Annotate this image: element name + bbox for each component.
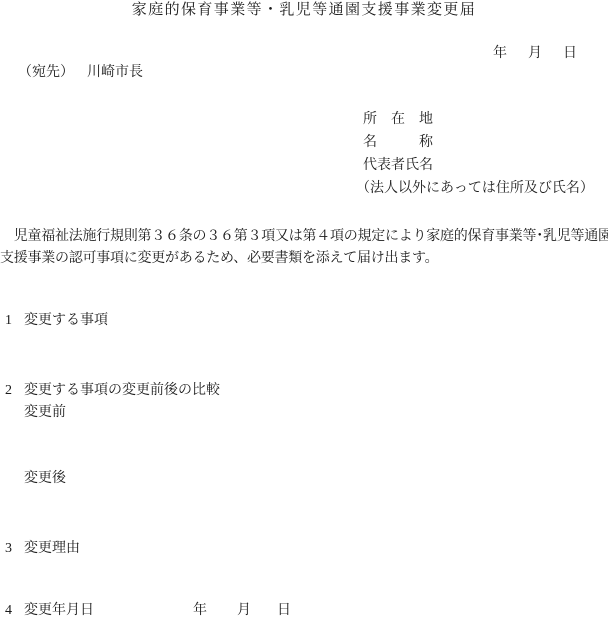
document-title: 家庭的保育事業等・乳児等通園支援事業変更届 [0, 3, 608, 18]
recipient-line: （宛先）川崎市長 [18, 65, 143, 80]
item-2-before-change-label: 変更前 [24, 405, 66, 420]
item-2-after-change-label: 変更後 [24, 471, 66, 486]
item-2-comparison: 2変更する事項の変更前後の比較 [5, 383, 220, 398]
recipient-name: 川崎市長 [87, 65, 143, 80]
item-1-change-matters: 1変更する事項 [5, 313, 108, 328]
sender-representative-label: 代表者氏名 [363, 158, 433, 173]
item-1-label: 変更する事項 [24, 313, 108, 328]
item-1-number: 1 [5, 313, 24, 328]
submission-date-day-label: 日 [563, 46, 577, 61]
item-3-change-reason: 3変更理由 [5, 541, 80, 556]
item-4-day-label: 日 [277, 603, 291, 618]
item-4-change-date: 4変更年月日 [5, 603, 94, 618]
body-paragraph-line-1: 児童福祉法施行規則第３６条の３６第３項又は第４項の規定により家庭的保育事業等･乳… [0, 229, 608, 244]
item-4-month-label: 月 [237, 603, 251, 618]
item-3-number: 3 [5, 541, 24, 556]
item-2-number: 2 [5, 383, 24, 398]
submission-date-year-label: 年 [493, 46, 507, 61]
form-document-page: 家庭的保育事業等・乳児等通園支援事業変更届 年 月 日 （宛先）川崎市長 所 在… [0, 0, 608, 623]
sender-address-label: 所 在 地 [363, 112, 433, 127]
item-3-label: 変更理由 [24, 541, 80, 556]
item-4-label: 変更年月日 [24, 603, 94, 618]
sender-name-label: 名 称 [363, 135, 433, 150]
body-paragraph-line-2: 支援事業の認可事項に変更があるため、必要書類を添えて届け出ます。 [0, 251, 438, 266]
submission-date-month-label: 月 [528, 46, 542, 61]
recipient-prefix-label: （宛先） [18, 65, 74, 80]
item-4-year-label: 年 [193, 603, 207, 618]
sender-non-corporate-note: （法人以外にあっては住所及び氏名） [356, 181, 594, 196]
item-2-label: 変更する事項の変更前後の比較 [24, 383, 220, 398]
item-4-number: 4 [5, 603, 24, 618]
submission-date-line: 年 月 日 [493, 46, 577, 61]
